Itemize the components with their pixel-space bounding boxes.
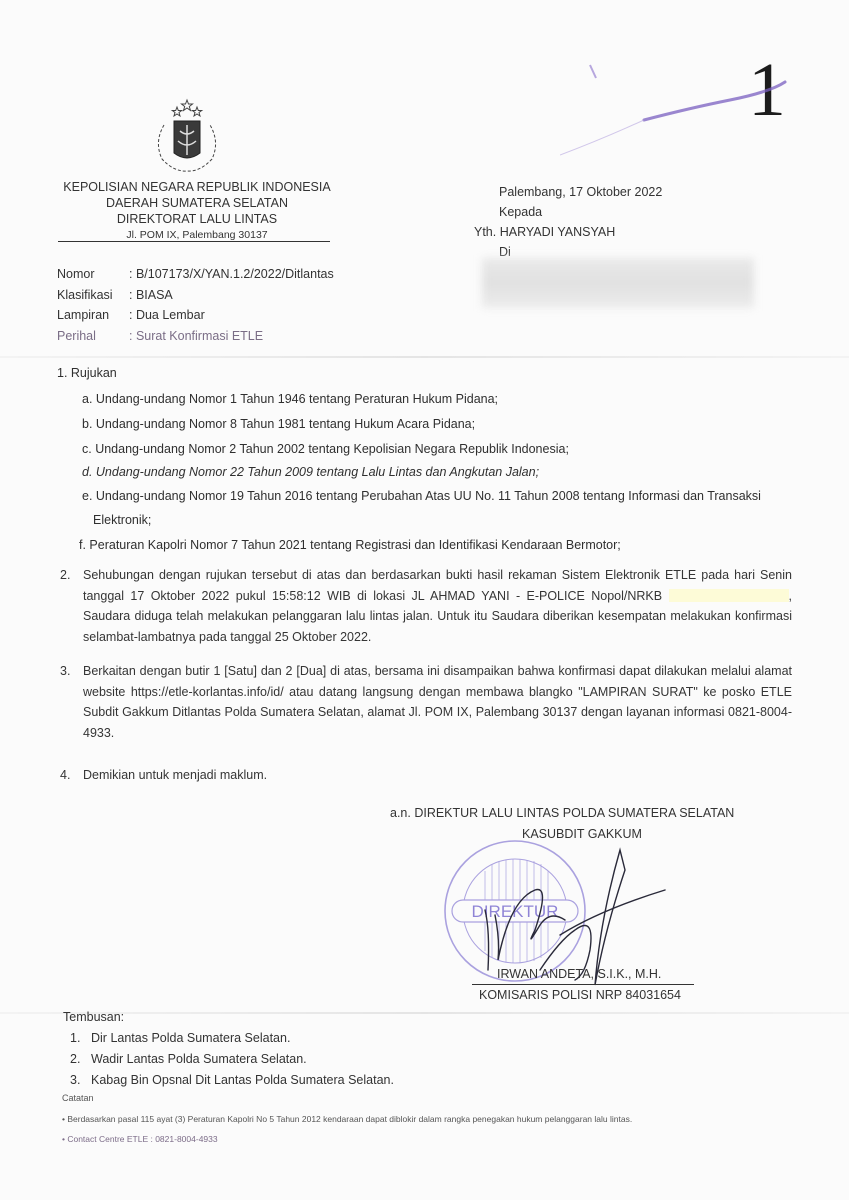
meta-klasifikasi: Klasifikasi: BIASA xyxy=(57,285,334,306)
catatan-note: • Berdasarkan pasal 115 ayat (3) Peratur… xyxy=(62,1114,632,1124)
reference-c: c. Undang-undang Nomor 2 Tahun 2002 tent… xyxy=(82,442,569,456)
tembusan-title: Tembusan: xyxy=(63,1010,124,1024)
section-1-title: 1. Rujukan xyxy=(57,366,117,380)
section-4-text: Demikian untuk menjadi maklum. xyxy=(83,765,792,786)
reference-e: e. Undang-undang Nomor 19 Tahun 2016 ten… xyxy=(82,489,761,503)
yth-label: Yth. xyxy=(474,225,496,239)
signature-underline xyxy=(472,984,694,985)
section-3: 3. Berkaitan dengan butir 1 [Satu] dan 2… xyxy=(60,661,792,743)
reference-a: a. Undang-undang Nomor 1 Tahun 1946 tent… xyxy=(82,392,498,406)
redacted-address xyxy=(482,258,754,308)
directorate-name: DIREKTORAT LALU LINTAS xyxy=(56,211,338,227)
police-crest-icon xyxy=(146,97,228,177)
region-name: DAERAH SUMATERA SELATAN xyxy=(56,195,338,211)
reference-d: d. Undang-undang Nomor 22 Tahun 2009 ten… xyxy=(82,465,539,479)
institution-name: KEPOLISIAN NEGARA REPUBLIK INDONESIA xyxy=(56,179,338,195)
paper-fold xyxy=(0,1012,849,1014)
signature-block: a.n. DIREKTUR LALU LINTAS POLDA SUMATERA… xyxy=(390,806,765,820)
section-4: 4. Demikian untuk menjadi maklum. xyxy=(60,765,792,786)
on-behalf-line: a.n. DIREKTUR LALU LINTAS POLDA SUMATERA… xyxy=(390,806,765,820)
reference-b: b. Undang-undang Nomor 8 Tahun 1981 tent… xyxy=(82,417,475,431)
reference-f: f. Peraturan Kapolri Nomor 7 Tahun 2021 … xyxy=(79,538,621,552)
tembusan-item: 3.Kabag Bin Opsnal Dit Lantas Polda Suma… xyxy=(70,1073,394,1087)
signatory-rank-nrp: KOMISARIS POLISI NRP 84031654 xyxy=(479,988,681,1002)
recipient-block: Palembang, 17 Oktober 2022 Kepada Yth. H… xyxy=(474,182,662,262)
redacted-plate-number xyxy=(669,589,789,602)
letterhead: KEPOLISIAN NEGARA REPUBLIK INDONESIA DAE… xyxy=(56,179,338,243)
section-3-text: Berkaitan dengan butir 1 [Satu] dan 2 [D… xyxy=(83,661,792,743)
letter-meta: Nomor: B/107173/X/YAN.1.2/2022/Ditlantas… xyxy=(57,264,334,346)
section-2: 2. Sehubungan dengan rujukan tersebut di… xyxy=(60,565,792,647)
kepada-label: Kepada xyxy=(474,202,662,222)
catatan-note: • Contact Centre ETLE : 0821-8004-4933 xyxy=(62,1134,218,1144)
meta-nomor: Nomor: B/107173/X/YAN.1.2/2022/Ditlantas xyxy=(57,264,334,285)
tembusan-item: 2.Wadir Lantas Polda Sumatera Selatan. xyxy=(70,1052,307,1066)
tembusan-item: 1.Dir Lantas Polda Sumatera Selatan. xyxy=(70,1031,290,1045)
recipient-name: HARYADI YANSYAH xyxy=(500,225,616,239)
reference-e-cont: Elektronik; xyxy=(93,513,151,527)
signatory-name: IRWAN ANDETA, S.I.K., M.H. xyxy=(497,967,661,981)
letterhead-divider xyxy=(58,241,330,242)
meta-perihal: Perihal: Surat Konfirmasi ETLE xyxy=(57,326,334,347)
place-date: Palembang, 17 Oktober 2022 xyxy=(474,182,662,202)
page-number: 1 xyxy=(748,52,786,128)
catatan-title: Catatan xyxy=(62,1093,94,1103)
paper-fold xyxy=(0,356,849,358)
meta-lampiran: Lampiran: Dua Lembar xyxy=(57,305,334,326)
